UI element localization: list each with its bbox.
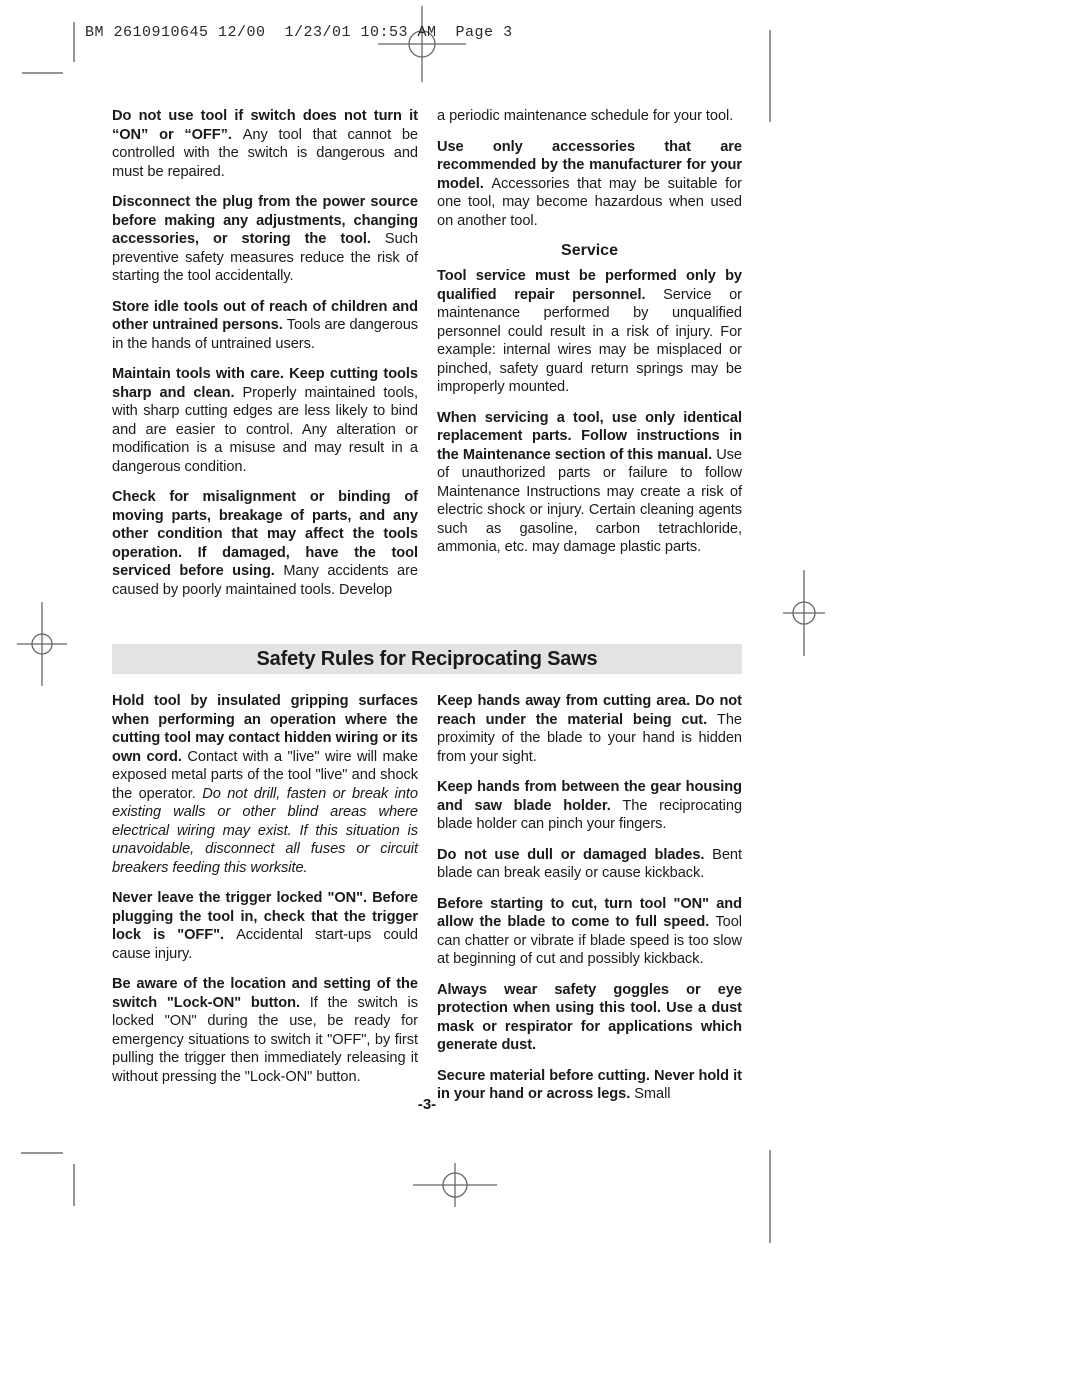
paragraph: Hold tool by insulated gripping surfaces… (112, 692, 418, 877)
paragraph: Be aware of the location and setting of … (112, 975, 418, 1086)
registration-crosshair-mark (372, 2, 472, 86)
document-page: BM 2610910645 12/00 1/23/01 10:53 AM Pag… (0, 0, 1080, 1397)
paragraph: Do not use dull or damaged blades. Bent … (437, 846, 742, 883)
section-title-banner: Safety Rules for Reciprocating Saws (112, 644, 742, 674)
paragraph: Do not use tool if switch does not turn … (112, 107, 418, 181)
paragraph: Before starting to cut, turn tool "ON" a… (437, 895, 742, 969)
saw-rules-right-column: Keep hands away from cutting area. Do no… (437, 692, 742, 1116)
paragraph: When servicing a tool, use only identica… (437, 409, 742, 557)
paragraph: Maintain tools with care. Keep cutting t… (112, 365, 418, 476)
page-number: -3- (112, 1096, 742, 1113)
paragraph: Use only accessories that are recommende… (437, 138, 742, 231)
registration-crosshair-mark (783, 569, 825, 657)
service-heading: Service (437, 242, 742, 260)
general-safety-left-column: Do not use tool if switch does not turn … (112, 107, 418, 611)
section-title: Safety Rules for Reciprocating Saws (257, 648, 598, 671)
paragraph: Always wear safety goggles or eye protec… (437, 981, 742, 1055)
print-header: BM 2610910645 12/00 1/23/01 10:53 AM Pag… (85, 24, 513, 41)
paragraph: Check for misalignment or binding of mov… (112, 488, 418, 599)
paragraph: Keep hands from between the gear housing… (437, 778, 742, 834)
crop-tick-mark (73, 22, 75, 62)
registration-crosshair-mark (412, 1162, 498, 1208)
paragraph: Store idle tools out of reach of childre… (112, 298, 418, 354)
paragraph: Never leave the trigger locked "ON". Bef… (112, 889, 418, 963)
general-safety-right-column: a periodic maintenance schedule for your… (437, 107, 742, 569)
registration-crosshair-mark (16, 601, 68, 687)
crop-tick-mark (73, 1164, 75, 1206)
crop-tick-mark (22, 72, 63, 74)
paragraph: a periodic maintenance schedule for your… (437, 107, 742, 126)
crop-tick-mark (769, 30, 771, 122)
crop-tick-mark (769, 1150, 771, 1243)
paragraph: Disconnect the plug from the power sourc… (112, 193, 418, 286)
saw-rules-left-column: Hold tool by insulated gripping surfaces… (112, 692, 418, 1098)
paragraph: Tool service must be performed only by q… (437, 267, 742, 397)
paragraph: Keep hands away from cutting area. Do no… (437, 692, 742, 766)
crop-tick-mark (21, 1152, 63, 1154)
